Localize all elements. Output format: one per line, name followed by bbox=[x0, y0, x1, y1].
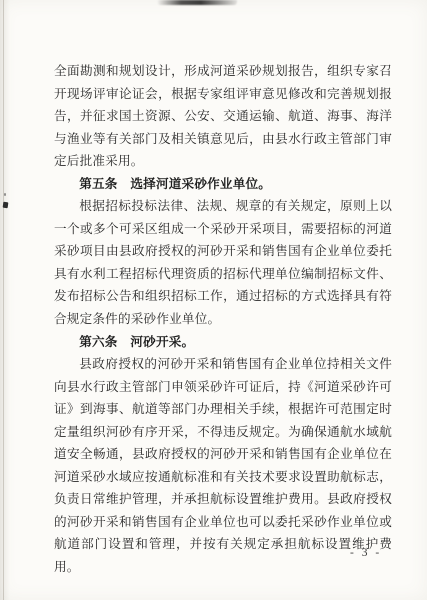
article-heading: 第五条 选择河道采砂作业单位。 bbox=[54, 173, 392, 196]
document-page: 全面勘测和规划设计，形成河道采砂规划报告，组织专家召开现场评审论证会，根据专家组… bbox=[0, 0, 427, 600]
body-paragraph: 县政府授权的河砂开采和销售国有企业单位持相关文件向县水行政主管部门申领采砂许可证… bbox=[54, 353, 392, 578]
body-paragraph: 根据招标投标法律、法规、规章的有关规定，原则上以一个或多个可采区组成一个采砂开采… bbox=[54, 195, 392, 330]
document-text-block: 全面勘测和规划设计，形成河道采砂规划报告，组织专家召开现场评审论证会，根据专家组… bbox=[54, 60, 392, 579]
ink-speck-artifact bbox=[3, 202, 9, 209]
body-paragraph: 全面勘测和规划设计，形成河道采砂规划报告，组织专家召开现场评审论证会，根据专家组… bbox=[54, 60, 392, 173]
article-heading: 第六条 河砂开采。 bbox=[54, 331, 392, 354]
scan-smudge-artifact bbox=[157, 0, 237, 5]
ink-dot-artifact bbox=[4, 193, 6, 196]
page-number: - 3 - bbox=[350, 547, 382, 559]
paper-edge-line bbox=[3, 0, 4, 600]
